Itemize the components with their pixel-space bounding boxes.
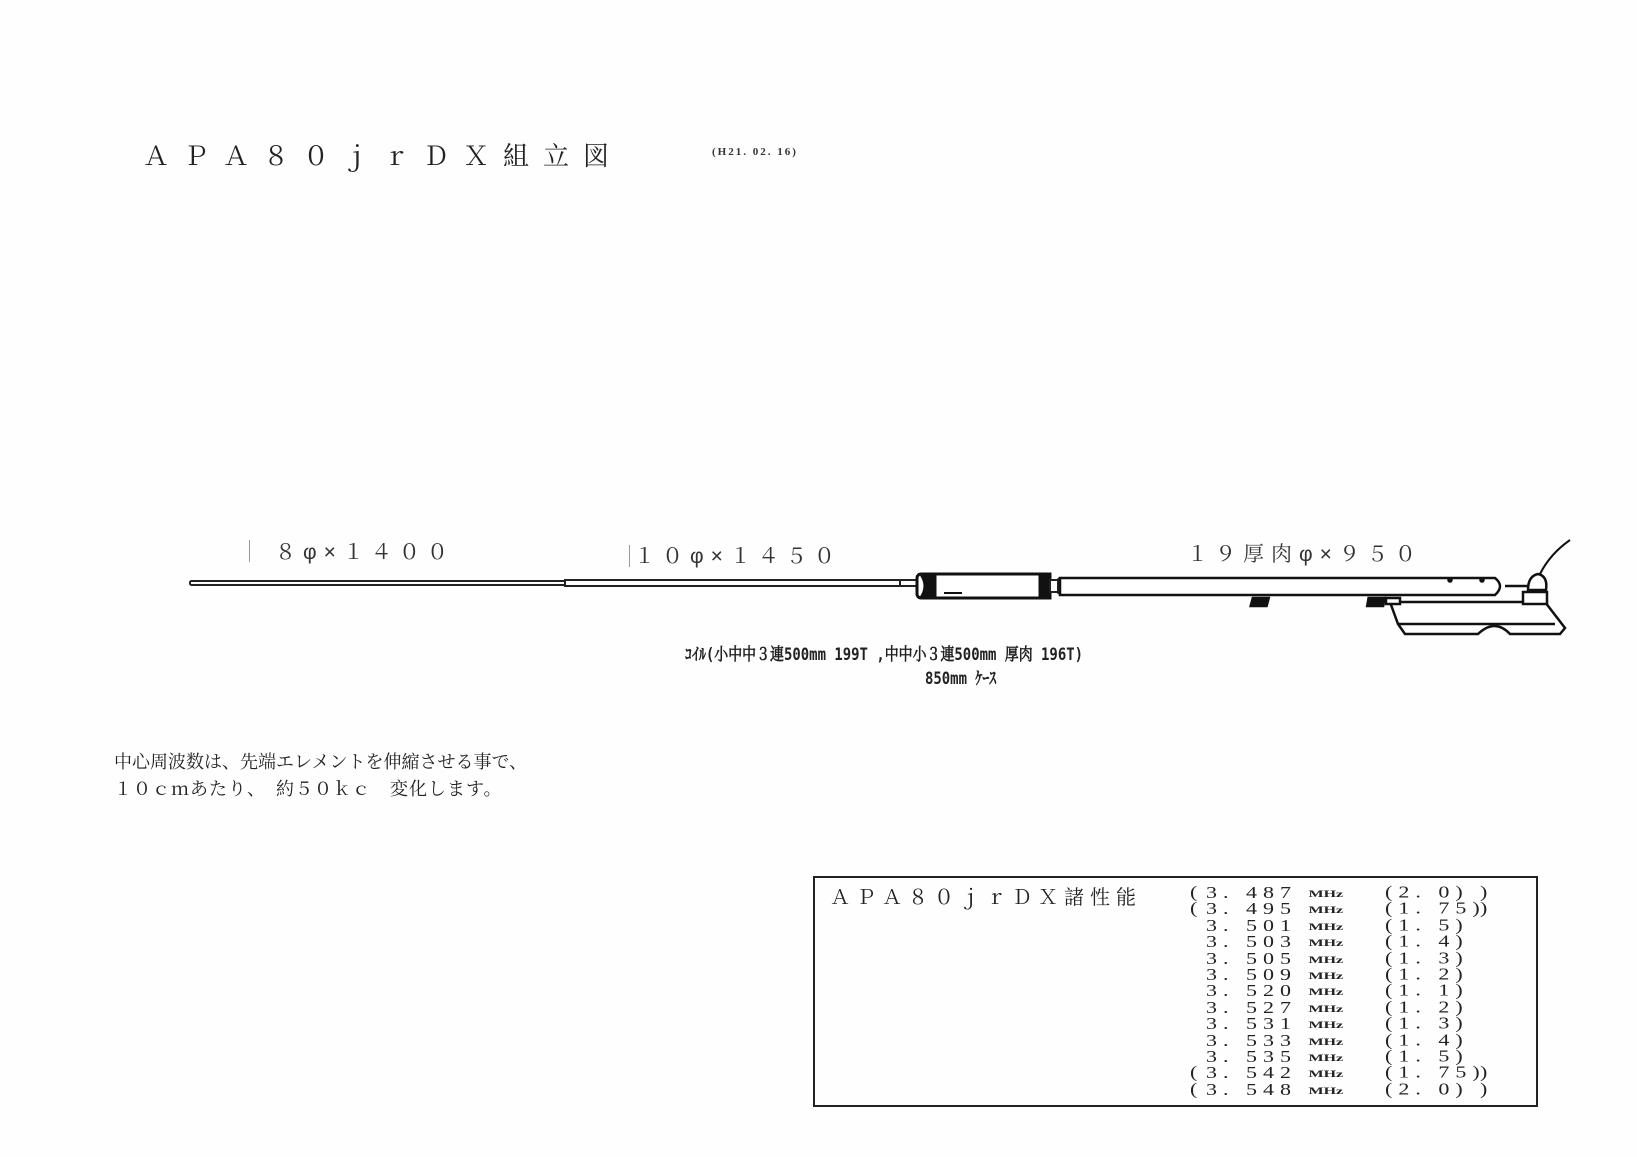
coil-housing <box>917 574 1050 598</box>
unit-label: MHz <box>1309 890 1344 900</box>
top-element-rod <box>190 581 566 585</box>
swr-value: (1. 75) <box>1385 902 1486 914</box>
mounting-bracket <box>1251 598 1565 634</box>
swr-value: (1. 5) <box>1385 919 1469 931</box>
dimension-tick <box>629 545 630 567</box>
unit-label: MHz <box>1309 1037 1344 1047</box>
unit-label: MHz <box>1309 906 1344 916</box>
swr-value: (2. 0) <box>1385 1082 1469 1094</box>
unit-label: MHz <box>1309 1086 1344 1096</box>
unit-label: MHz <box>1309 1070 1344 1080</box>
unit-label: MHz <box>1309 939 1344 949</box>
swr-value: (1. 4) <box>1385 935 1469 947</box>
bracket: ( <box>1190 902 1197 914</box>
swr-value: (1. 1) <box>1385 984 1469 996</box>
bracket: ( <box>1190 886 1197 898</box>
swr-value: (1. 2) <box>1385 968 1469 980</box>
tuning-note-line-1: 中心周波数は、先端エレメントを伸縮させる事で、 <box>114 748 527 774</box>
swr-value: (2. 0) <box>1385 886 1469 898</box>
unit-label: MHz <box>1309 1021 1344 1031</box>
unit-label: MHz <box>1309 1005 1344 1015</box>
unit-label: MHz <box>1309 955 1344 965</box>
coil-case-length: 850mm ｹｰｽ <box>925 664 996 689</box>
tuning-note-line-2: １０ｃｍあたり、 約５０ｋｃ 変化します。 <box>114 775 503 801</box>
coil-specification: ｺｲﾙ(小中中３連500mm 199T ,中中小３連500mm 厚肉 196T) <box>685 640 1083 665</box>
swr-value: (1. 3) <box>1385 951 1469 963</box>
frequency-value: 3. 548 MHz <box>1206 1083 1343 1098</box>
performance-title: ＡＰＡ８０ｊｒＤＸ諸性能 <box>830 881 1142 910</box>
unit-label: MHz <box>1309 988 1344 998</box>
swr-value: (1. 5) <box>1385 1050 1469 1062</box>
unit-label: MHz <box>1309 1054 1344 1064</box>
bracket: ) <box>1480 902 1487 914</box>
bracket: ( <box>1190 1082 1197 1094</box>
middle-element-rod <box>565 580 920 586</box>
swr-value: (1. 4) <box>1385 1033 1469 1045</box>
base-element-tube <box>1060 578 1530 595</box>
base-element-dimension: １９厚肉φ×９５０ <box>1187 538 1423 568</box>
middle-element-dimension: １０φ×１４５０ <box>634 540 842 570</box>
swr-value: (1. 75) <box>1385 1066 1486 1078</box>
unit-label: MHz <box>1309 972 1344 982</box>
top-element-dimension: ８φ×１４００ <box>275 536 455 566</box>
bracket: ( <box>1190 1066 1197 1078</box>
dimension-tick <box>249 540 250 562</box>
unit-label: MHz <box>1309 923 1344 933</box>
bracket: ) <box>1480 886 1487 898</box>
swr-value: (1. 3) <box>1385 1017 1469 1029</box>
coax-connector <box>1523 540 1570 604</box>
bracket: ) <box>1480 1066 1487 1078</box>
bracket: ) <box>1480 1082 1487 1094</box>
coupler <box>1050 578 1060 594</box>
swr-value: (1. 2) <box>1385 1000 1469 1012</box>
